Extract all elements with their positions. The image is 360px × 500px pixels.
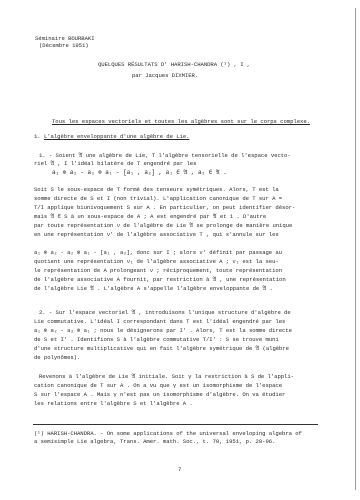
text-line: par toute représentation ν de l'algèbre … <box>34 222 292 229</box>
text-line: les relations entre l'algèbre S et l'alg… <box>34 400 193 407</box>
page-edge-line <box>355 8 356 490</box>
section-number: 1. <box>34 133 41 140</box>
footnote-line: a semisimple Lie algebra, Trans. Amer. m… <box>34 438 275 445</box>
section-title: L'algèbre enveloppante d'une algèbre de … <box>44 133 190 140</box>
text-line: somme directe de S et I (non trivial). L… <box>34 195 282 202</box>
text-line: quotient une représentation ν₁ de l'algè… <box>34 258 279 265</box>
text-line: en une représentation ν′ de l'algèbre as… <box>34 231 279 238</box>
text-line: 1. - Soient 𝔄 une algèbre de Lie, T l'al… <box>39 152 291 159</box>
text-line: T/I applique biunivoquement S sur A . En… <box>34 204 295 211</box>
preamble: Tous les espaces vectoriels et toutes le… <box>52 118 310 125</box>
footnote-line: (¹) HARISH-CHANDRA. - On some applicatio… <box>34 430 302 437</box>
text-line: Soit S le sous-espace de T formé des ten… <box>34 186 279 193</box>
paper-title: QUELQUES RÉSULTATS D' HARISH-CHANDRA (¹)… <box>98 61 250 68</box>
page-number: 7 <box>178 466 181 473</box>
text-line: de S et I′ . Identifions S à l'algèbre c… <box>34 336 279 343</box>
text-line: a₁ ⊗ a₂ - a₂ ⊗ a₁ - [a₁ , a₂], donc sur … <box>34 249 282 256</box>
text-line: de l'algèbre Lie 𝔄 . L'algèbre A s'appel… <box>34 285 273 292</box>
text-line: Revenons à l'algèbre de Lie 𝔄 initiale. … <box>39 373 294 380</box>
text-line: mais 𝔄 ∈ S à un sous-espace de A ; A est… <box>34 213 266 220</box>
text-line: Lie commutative. L'idéal I correspondant… <box>34 318 285 325</box>
text-line: de l'algèbre associative A fournit, par … <box>34 276 286 283</box>
text-line: S sur l'espace A . Mais γ n'est pas un i… <box>34 391 285 398</box>
text-line: le représentation de A prolongeant ν ; r… <box>34 267 282 274</box>
footnote-rule <box>33 424 318 425</box>
text-line: a₁ ⊗ a₂ - a₂ ⊗ a₁ ; nous le désignerons … <box>34 327 292 334</box>
text-line: riel 𝔄 , I l'idéal bilatère de T engendr… <box>34 160 196 167</box>
text-line: d'une structure multiplicative qui en fa… <box>34 345 289 352</box>
text-line: cation canonique de T sur A . On a vu qu… <box>34 382 282 389</box>
seminar-name: Séminaire BOURBAKI <box>35 35 95 42</box>
text-line: de polynômes). <box>34 354 80 361</box>
seminar-date: (Décembre 1951) <box>39 42 89 49</box>
paper-author: par Jacques DIXMIER. <box>132 72 198 79</box>
text-line: 2. - Sur l'espace vectoriel 𝔄 , introdui… <box>39 309 291 316</box>
section-heading: 1. L'algèbre enveloppante d'une algèbre … <box>34 133 189 140</box>
formula-line: a₁ ⊗ a₂ - a₂ ⊗ a₁ - [a₁ , a₂] , a₁ ∈ 𝔄 ,… <box>52 169 227 176</box>
